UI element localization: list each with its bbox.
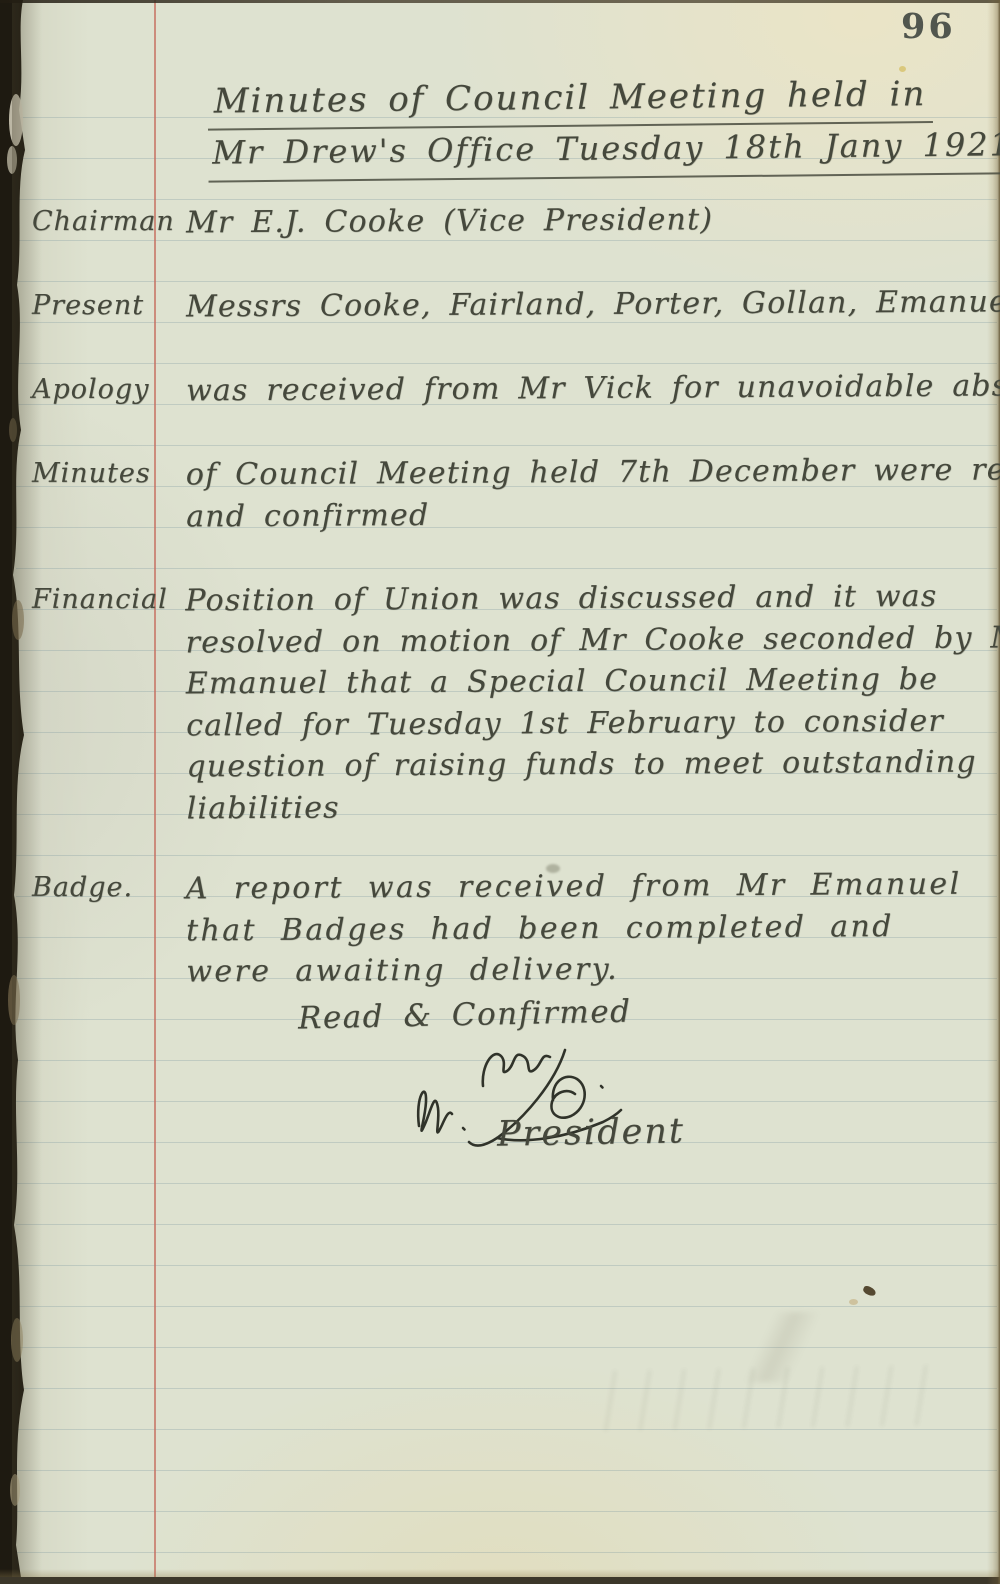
entry-line: A report was received from Mr Emanuel: [186, 864, 982, 910]
pencil-smear: [690, 1312, 870, 1382]
entry-label-financial: Financial: [32, 584, 168, 615]
entry-chairman: Chairman Mr E.J. Cooke (Vice President): [0, 200, 1000, 242]
page-top-edge: [0, 0, 1000, 3]
entry-body: of Council Meeting held 7th December wer…: [186, 450, 982, 538]
entry-line: question of raising funds to meet outsta…: [186, 742, 982, 788]
entry-label-apology: Apology: [32, 374, 149, 405]
entry-badge: Badge. A report was received from Mr Ema…: [0, 866, 1000, 991]
entry-label-chairman: Chairman: [32, 206, 175, 237]
entry-line: that Badges had been completed and: [186, 905, 982, 951]
stain-smudge: [849, 1299, 858, 1305]
entry-financial: Financial Position of Union was discusse…: [0, 578, 1000, 827]
president-title: President: [497, 1111, 686, 1154]
entry-line: of Council Meeting held 7th December wer…: [186, 450, 982, 496]
yellow-speck: [899, 66, 906, 72]
entry-label-present: Present: [32, 290, 144, 321]
minutes-heading: Minutes of Council Meeting held in Mr Dr…: [207, 74, 898, 182]
entry-body: A report was received from Mr Emanuel th…: [186, 864, 983, 993]
entry-minutes: Minutes of Council Meeting held 7th Dece…: [0, 452, 1000, 535]
entry-line: and confirmed: [186, 491, 982, 537]
entry-line: were awaiting delivery.: [186, 947, 982, 993]
entry-line: was received from Mr Vick for unavoidabl…: [186, 366, 982, 412]
entry-line: Mr E.J. Cooke (Vice President): [186, 198, 982, 244]
entry-line: Emanuel that a Special Council Meeting b…: [186, 659, 982, 705]
page-number: 96: [901, 6, 956, 47]
entry-body: Messrs Cooke, Fairland, Porter, Gollan, …: [186, 282, 982, 328]
entry-body: Mr E.J. Cooke (Vice President): [186, 198, 982, 244]
entry-label-minutes: Minutes: [32, 458, 151, 489]
entry-line: liabilities: [187, 783, 983, 829]
heading-line-2: Mr Drew's Office Tuesday 18th Jany 1921: [208, 125, 1000, 182]
heading-line-1: Minutes of Council Meeting held in: [207, 74, 932, 131]
entry-present: Present Messrs Cooke, Fairland, Porter, …: [0, 284, 1000, 326]
faint-smudge: [546, 864, 560, 873]
ledger-page: 96 Minutes of Council Meeting held in Mr…: [0, 0, 1000, 1584]
entry-body: was received from Mr Vick for unavoidabl…: [186, 366, 982, 412]
page-bottom-edge: [0, 1577, 1000, 1584]
page-bottom-edge-soft: [0, 1569, 1000, 1577]
entry-line: Messrs Cooke, Fairland, Porter, Gollan, …: [186, 282, 982, 328]
entry-line: called for Tuesday 1st February to consi…: [186, 700, 982, 746]
entry-line: Position of Union was discussed and it w…: [185, 576, 981, 622]
entry-label-badge: Badge.: [32, 872, 133, 903]
entry-body: Position of Union was discussed and it w…: [185, 576, 983, 830]
entry-apology: Apology was received from Mr Vick for un…: [0, 368, 1000, 410]
entry-line: resolved on motion of Mr Cooke seconded …: [186, 617, 982, 663]
